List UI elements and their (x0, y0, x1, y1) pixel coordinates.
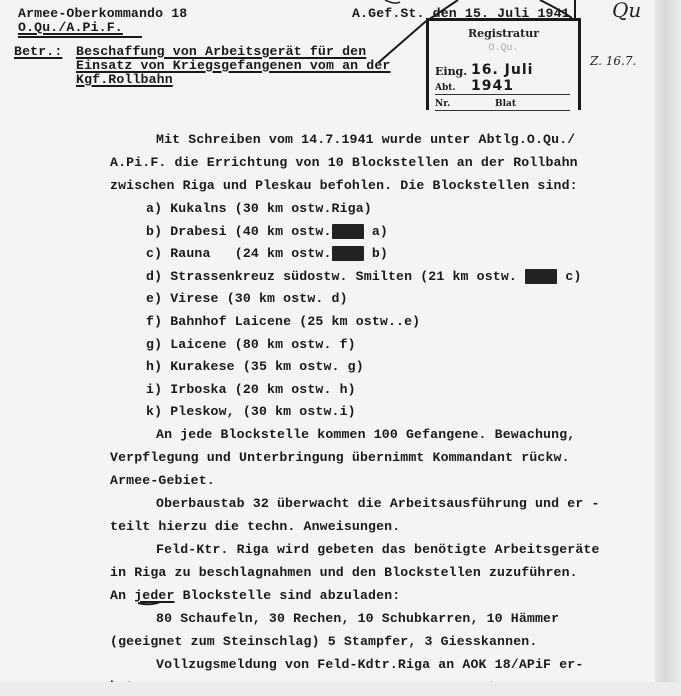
stamp-abt-label: Abt. (435, 83, 456, 93)
blockstelle-key: b) (146, 224, 162, 239)
department: O.Qu./A.Pi.F. (18, 20, 123, 35)
blockstelle-name: Bahnhof Laicene (170, 314, 291, 329)
blockstelle-key: f) (146, 314, 162, 329)
blockstelle-detail: (25 km ostw..e) (299, 314, 420, 329)
sender: Armee-Oberkommando 18 (18, 6, 187, 21)
blockstelle-name: Virese (170, 291, 218, 306)
blockstelle-name: Pleskow, (170, 404, 235, 419)
equipment-line-1: 80 Schaufeln, 30 Rechen, 10 Schubkarren,… (156, 611, 559, 626)
blockstelle-item: a) Kukalns (30 km ostw.Riga) (146, 201, 372, 216)
blockstelle-item: d) Strassenkreuz südostw. Smilten (21 km… (146, 269, 582, 284)
stamp-nr-label: Nr. (435, 99, 450, 109)
blockstelle-key: i) (146, 382, 162, 397)
stamp-title: Registratur (429, 27, 578, 40)
stamp-received-label: Eing. (435, 65, 467, 78)
blockstelle-key: d) (146, 269, 162, 284)
handwritten-initials: Qu (612, 0, 641, 22)
blockstelle-detail: (20 km ostw. h) (235, 382, 356, 397)
blockstelle-detail: (35 km ostw. g) (243, 359, 364, 374)
blockstelle-item: i) Irboska (20 km ostw. h) (146, 382, 356, 397)
subject-line-2: Einsatz von Kriegsgefangenen vom an der (76, 58, 391, 73)
oberbau-line-1: Oberbaustab 32 überwacht die Arbeitsausf… (156, 496, 600, 511)
header-rule (18, 36, 142, 38)
feldktr-line-1: Feld-Ktr. Riga wird gebeten das benötigt… (156, 542, 600, 557)
guard-line-1: An jede Blockstelle kommen 100 Gefangene… (156, 427, 575, 442)
struck-text: Riga (332, 246, 364, 261)
struck-text: Riga (525, 269, 557, 284)
document-page: Armee-Oberkommando 18 O.Qu./A.Pi.F. A.Ge… (0, 0, 681, 682)
struck-text: Riga (332, 224, 364, 239)
blockstelle-reference: a) (364, 224, 388, 239)
stamp-subtitle: O.Qu. (429, 43, 578, 54)
blockstelle-name: Rauna (170, 246, 210, 261)
registry-stamp: Registratur O.Qu. Eing. 16. Juli 1941 Ab… (426, 18, 581, 110)
handwritten-margin-note: Z. 16.7. (590, 54, 636, 68)
blockstelle-name: Kukalns (170, 201, 226, 216)
blockstelle-detail: (30 km ostw.Riga) (235, 201, 372, 216)
blockstelle-name: Drabesi (170, 224, 226, 239)
blockstelle-key: g) (146, 337, 162, 352)
blockstelle-item: g) Laicene (80 km ostw. f) (146, 337, 356, 352)
blockstelle-name: Strassenkreuz südostw. Smilten (170, 269, 412, 284)
intro-line-3: zwischen Riga und Pleskau befohlen. Die … (110, 178, 578, 193)
stamp-blatt-label: Blat (495, 99, 516, 109)
blockstelle-item: f) Bahnhof Laicene (25 km ostw..e) (146, 314, 420, 329)
page-edge (655, 0, 681, 696)
blockstelle-name: Laicene (170, 337, 226, 352)
subject-line-3: Kgf.Rollbahn (76, 72, 173, 87)
blockstelle-item: b) Drabesi (40 km ostw.Riga a) (146, 224, 388, 239)
blockstelle-detail: (80 km ostw. f) (235, 337, 356, 352)
guard-line-2: Verpflegung und Unterbringung übernimmt … (110, 450, 570, 465)
stamp-nr-field: Nr. Blat (435, 99, 570, 111)
blockstelle-reference: b) (364, 246, 388, 261)
stamp-abt-field: Abt. (435, 83, 570, 95)
blockstelle-key: c) (146, 246, 162, 261)
blockstelle-detail: (21 km ostw. (420, 269, 525, 284)
blockstelle-item: k) Pleskow, (30 km ostw.i) (146, 404, 356, 419)
blockstelle-key: e) (146, 291, 162, 306)
blockstelle-name: Irboska (170, 382, 226, 397)
intro-line-2: A.Pi.F. die Errichtung von 10 Blockstell… (110, 155, 578, 170)
blockstelle-item: c) Rauna (24 km ostw.Riga b) (146, 246, 388, 261)
equipment-line-2: (geeignet zum Steinschlag) 5 Stampfer, 3… (110, 634, 537, 649)
blockstelle-detail: (40 km ostw. (235, 224, 332, 239)
blockstelle-detail: (30 km ostw. d) (227, 291, 348, 306)
subject-label: Betr.: (14, 44, 62, 59)
blockstelle-key: h) (146, 359, 162, 374)
intro-line-1: Mit Schreiben vom 14.7.1941 wurde unter … (156, 132, 575, 147)
oberbau-line-2: teilt hierzu die techn. Anweisungen. (110, 519, 400, 534)
blockstelle-item: e) Virese (30 km ostw. d) (146, 291, 348, 306)
scan-border (0, 682, 681, 696)
blockstelle-name: Kurakese (170, 359, 235, 374)
per-block-line: An jeder Blockstelle sind abzuladen: (110, 588, 400, 603)
blockstelle-key: a) (146, 201, 162, 216)
closing-line-1: Vollzugsmeldung von Feld-Kdtr.Riga an AO… (156, 657, 583, 672)
guard-line-3: Armee-Gebiet. (110, 473, 215, 488)
per-block-emphasis: jeder (134, 588, 174, 603)
blockstelle-item: h) Kurakese (35 km ostw. g) (146, 359, 364, 374)
blockstelle-detail: (30 km ostw.i) (243, 404, 356, 419)
blockstelle-reference: c) (557, 269, 581, 284)
feldktr-line-2: in Riga zu beschlagnahmen und den Blocks… (110, 565, 578, 580)
subject-line-1: Beschaffung von Arbeitsgerät für den (76, 44, 366, 59)
blockstelle-detail: (24 km ostw. (219, 246, 332, 261)
blockstelle-key: k) (146, 404, 162, 419)
per-block-prefix: An (110, 588, 134, 603)
per-block-suffix: Blockstelle sind abzuladen: (175, 588, 401, 603)
